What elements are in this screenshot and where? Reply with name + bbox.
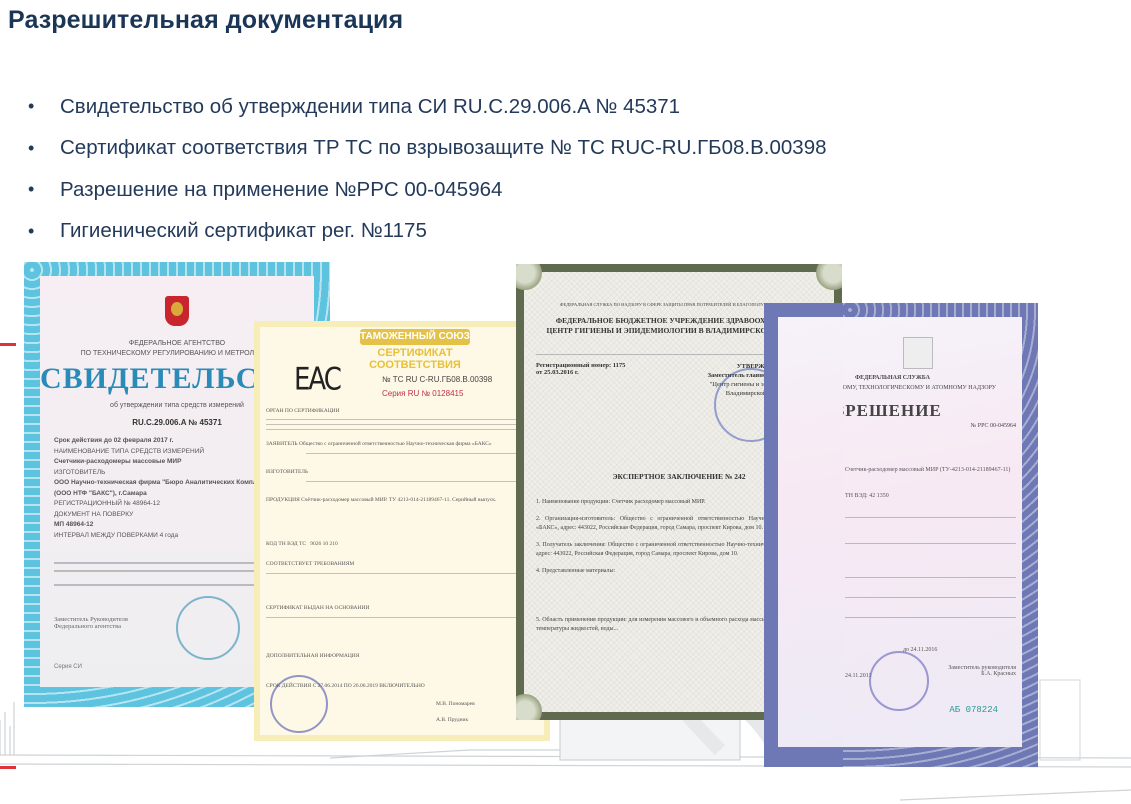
list-item-text: Гигиенический сертификат рег. №1175 [60, 219, 427, 243]
bullet-icon: • [28, 138, 60, 159]
accent-marker [0, 343, 16, 346]
list-item-text: Свидетельство об утверждении типа СИ RU.… [60, 95, 680, 119]
certificate-scan-eac: ТАМОЖЕННЫЙ СОЮЗ СЕРТИФИКАТ СООТВЕТСТВИЯ … [254, 321, 550, 741]
eac-logo: EAC [294, 362, 340, 398]
documents-list: •Свидетельство об утверждении типа СИ RU… [28, 86, 827, 252]
list-item-text: Разрешение на применение №PPC 00-045964 [60, 178, 502, 202]
list-item: •Гигиенический сертификат рег. №1175 [28, 211, 827, 253]
bullet-icon: • [28, 221, 60, 242]
certificate-scan-permit-left [764, 303, 844, 767]
seal-stamp [176, 596, 240, 660]
list-item: •Сертификат соответствия ТР ТС по взрыво… [28, 128, 827, 170]
seal-stamp [270, 675, 328, 733]
bullet-icon: • [28, 179, 60, 200]
coat-of-arms-icon [903, 337, 933, 369]
page-title: Разрешительная документация [8, 6, 403, 35]
certificate-scan-permit: ФЕДЕРАЛЬНАЯ СЛУЖБА ПО ЭКОЛОГИЧЕСКОМУ, ТЕ… [843, 303, 1038, 767]
permit-heading: РАЗРЕШЕНИЕ [843, 401, 982, 421]
list-item-text: Сертификат соответствия ТР ТС по взрывоз… [60, 136, 827, 160]
coat-of-arms-icon [165, 296, 189, 326]
seal-stamp [869, 651, 929, 711]
list-item: •Разрешение на применение №PPC 00-045964 [28, 169, 827, 211]
list-item: •Свидетельство об утверждении типа СИ RU… [28, 86, 827, 128]
customs-union-banner: ТАМОЖЕННЫЙ СОЮЗ [360, 329, 470, 345]
bullet-icon: • [28, 96, 60, 117]
